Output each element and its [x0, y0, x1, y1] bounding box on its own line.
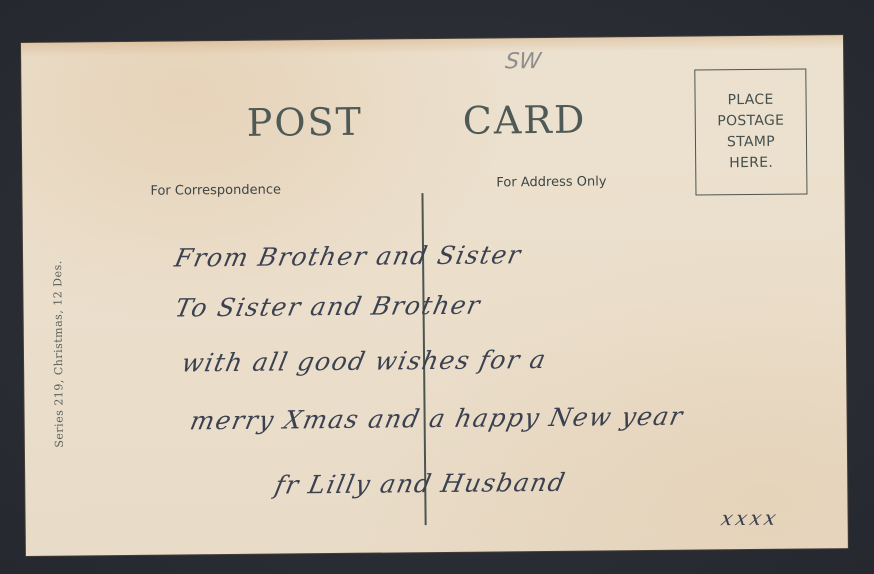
- handwritten-line: To Sister and Brother: [173, 291, 484, 323]
- handwritten-line: From Brother and Sister: [172, 240, 524, 272]
- stamp-line: POSTAGE: [717, 111, 784, 133]
- title-post: POST: [247, 100, 364, 145]
- stamp-box: PLACE POSTAGE STAMP HERE.: [694, 68, 807, 195]
- series-text: Series 219, Christmas, 12 Des.: [51, 260, 66, 448]
- stamp-line: PLACE: [727, 90, 773, 111]
- stamp-line: HERE.: [729, 153, 773, 174]
- stamp-line: STAMP: [727, 132, 775, 153]
- correspondence-label: For Correspondence: [150, 183, 281, 199]
- postcard-back: SW POST CARD For Correspondence For Addr…: [21, 35, 848, 556]
- handwritten-kisses: xxxx: [719, 506, 781, 531]
- handwritten-signature: fr Lilly and Husband: [272, 468, 568, 500]
- handwritten-line: with all good wishes for a: [179, 345, 549, 378]
- pencil-mark: SW: [504, 49, 542, 74]
- title-card: CARD: [463, 98, 587, 143]
- handwritten-line: merry Xmas and a happy New year: [188, 402, 687, 436]
- address-label: For Address Only: [496, 174, 606, 190]
